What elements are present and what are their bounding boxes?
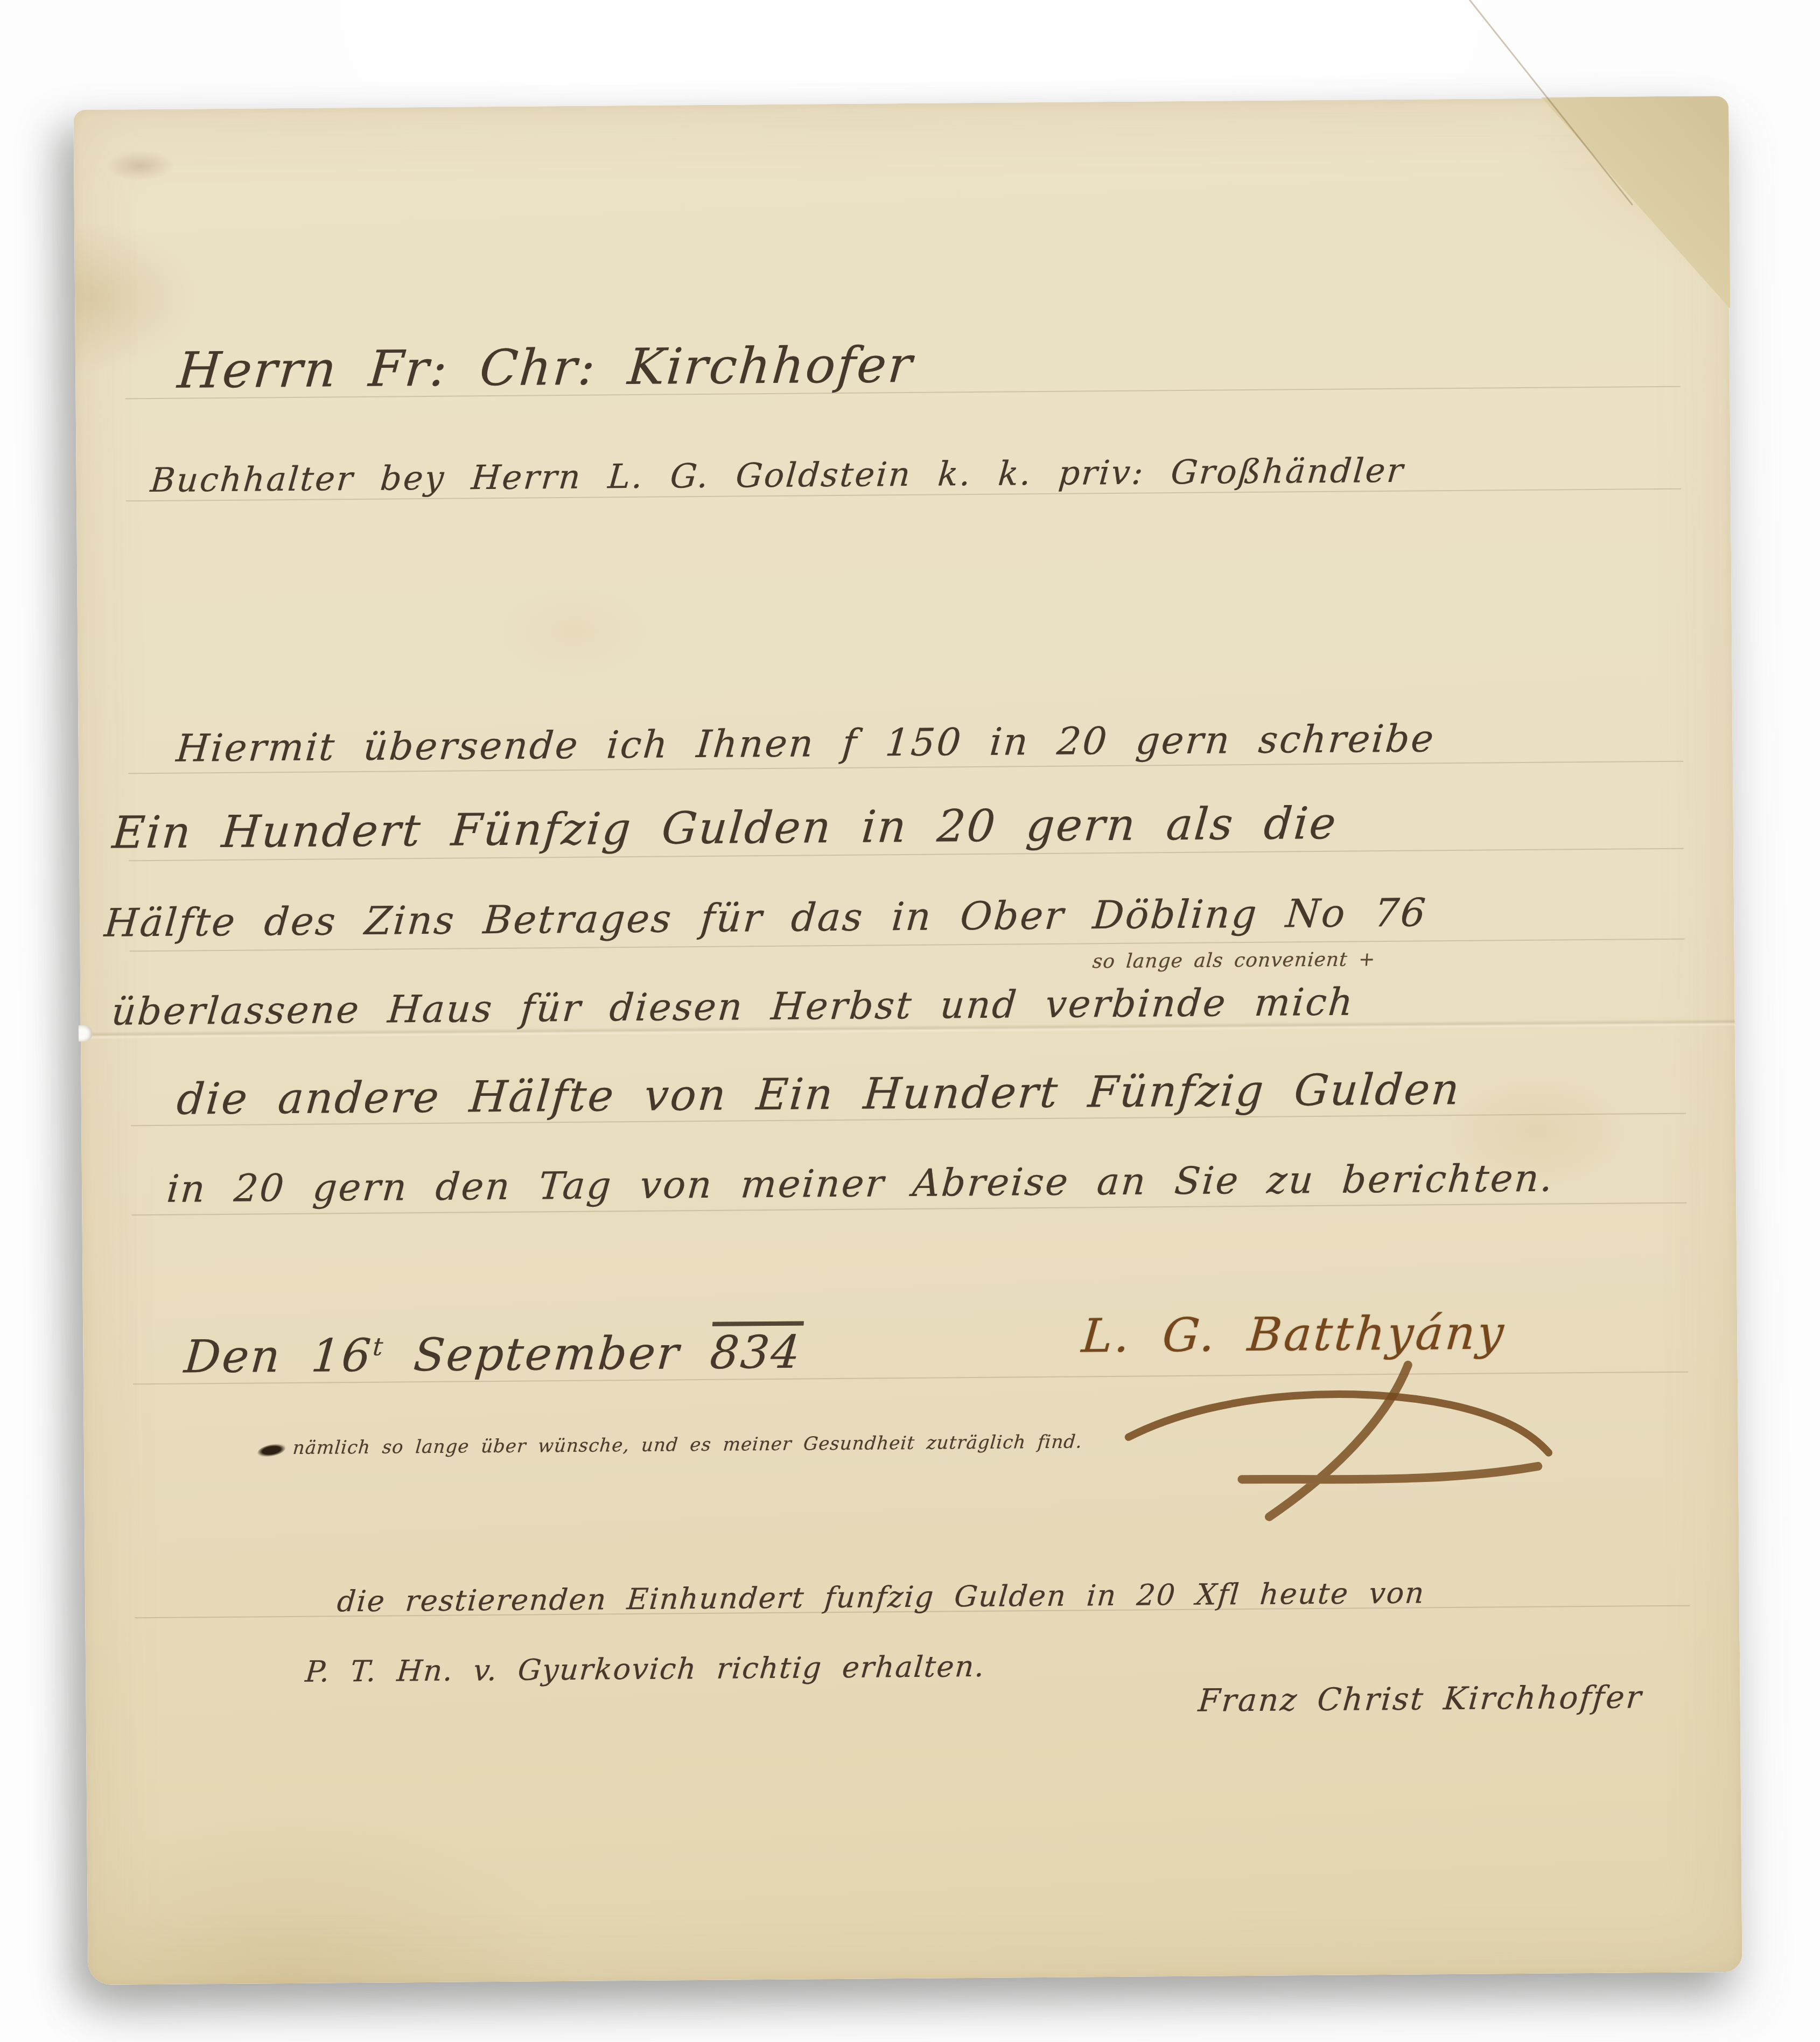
body-line-2: Ein Hundert Fünfzig Gulden in 20 gern al…	[110, 798, 1339, 859]
interlinear-note: so lange als convenient +	[1091, 948, 1376, 973]
footnote-text: nämlich so lange über wünsche, und es me…	[292, 1431, 1083, 1459]
body-line-3: Hälfte des Zins Betrages für das in Ober…	[103, 890, 1429, 945]
body-line-6: in 20 gern den Tag von meiner Abreise an…	[165, 1156, 1556, 1211]
ink-blot	[257, 1443, 285, 1458]
body-line-1: Hiermit übersende ich Ihnen f 150 in 20 …	[174, 716, 1437, 770]
date-mid: September	[382, 1326, 712, 1382]
date-year: 834	[708, 1326, 803, 1379]
receipt-line-1: die restierenden Einhundert funfzig Guld…	[336, 1576, 1426, 1618]
footnote-line: nämlich so lange über wünsche, und es me…	[256, 1431, 1083, 1459]
letter-paper: Herrn Fr: Chr: Kirchhofer Buchhalter bey…	[73, 97, 1742, 1985]
signature-kirchhoffer: Franz Christ Kirchhoffer	[1197, 1679, 1644, 1719]
dateline: Den 16t September 834	[183, 1326, 804, 1383]
photograph-background: Herrn Fr: Chr: Kirchhofer Buchhalter bey…	[0, 0, 1820, 2042]
body-line-5: die andere Hälfte von Ein Hundert Fünfzi…	[175, 1064, 1462, 1124]
corner-fold	[1475, 96, 1730, 330]
recipient-line-1: Herrn Fr: Chr: Kirchhofer	[176, 336, 916, 400]
date-prefix: Den 16	[183, 1329, 375, 1383]
receipt-line-2: P. T. Hn. v. Gyurkovich richtig erhalten…	[304, 1649, 987, 1689]
signature-flourish	[1107, 1353, 1571, 1534]
